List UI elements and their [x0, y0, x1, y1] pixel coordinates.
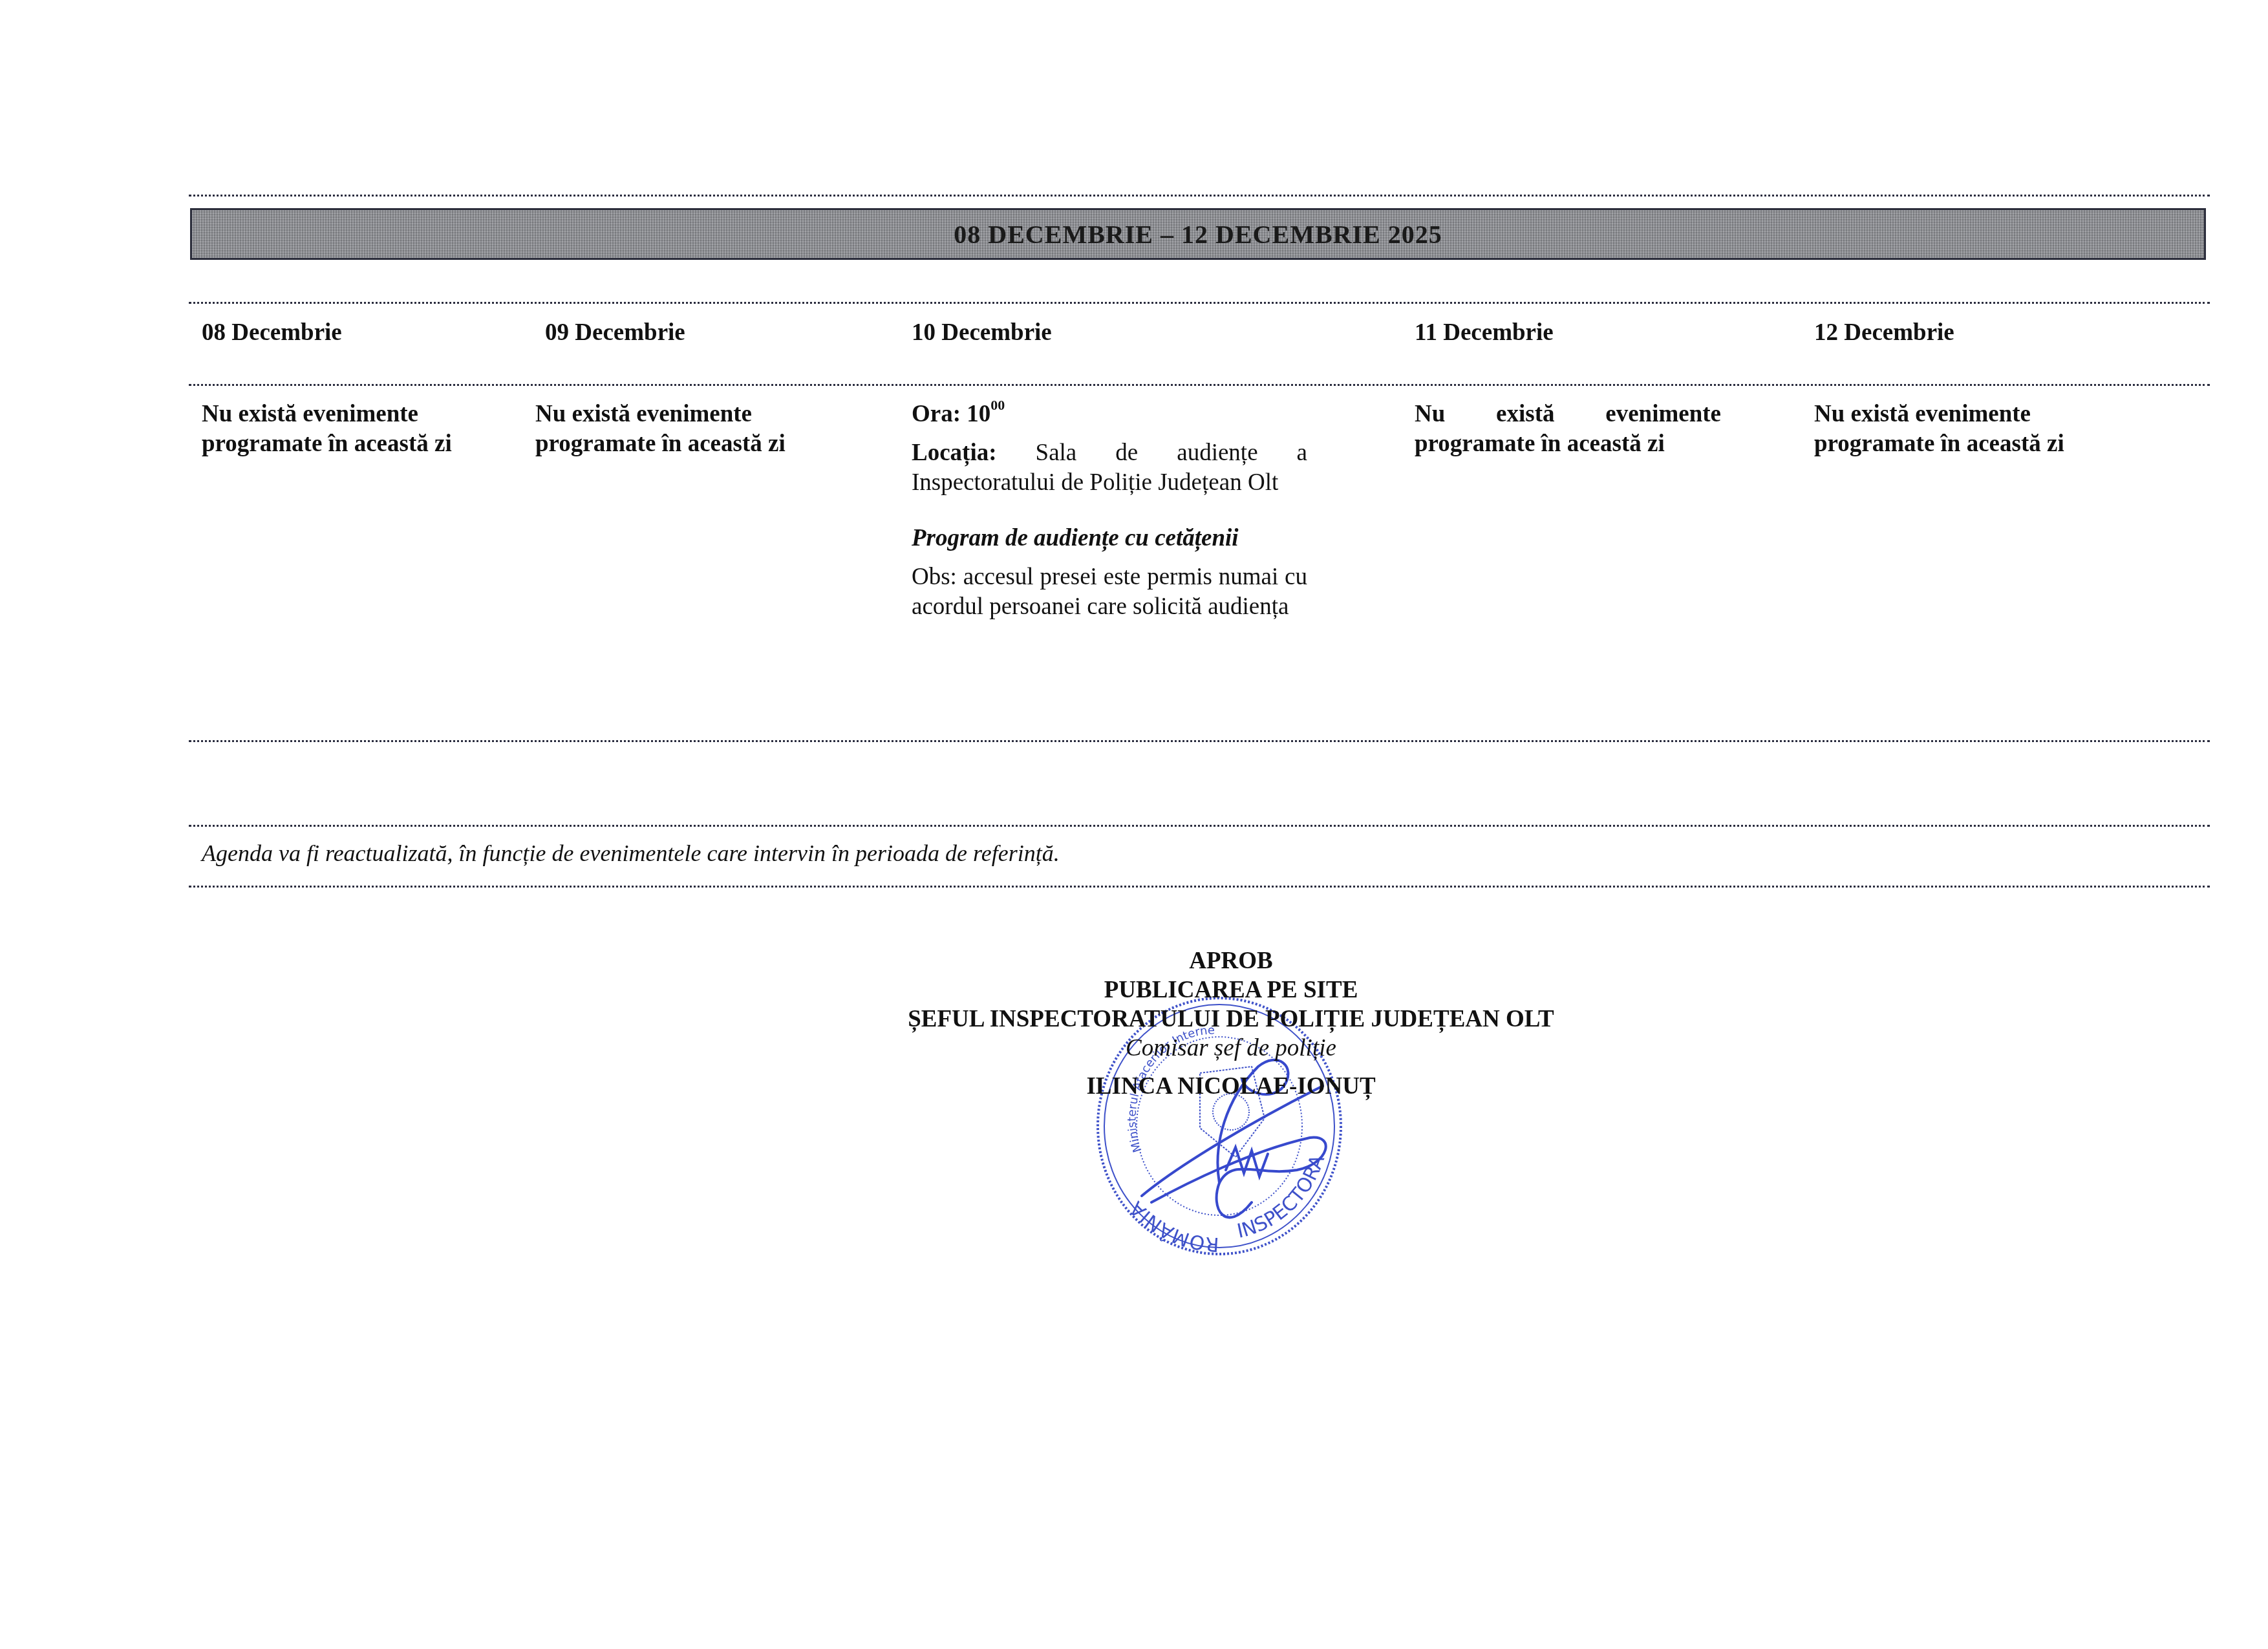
event-location: Locația: Sala de audiențe a Inspectoratu…: [912, 438, 1307, 498]
day-header-08: 08 Decembrie: [202, 318, 342, 348]
day-header-11: 11 Decembrie: [1415, 318, 1554, 348]
event-observation: Obs: accesul presei este permis numai cu…: [912, 562, 1307, 622]
table-bottom-rule: [189, 740, 2210, 742]
note-bottom-rule: [189, 886, 2210, 888]
approver-rank: Comisar șef de poliție: [811, 1034, 1651, 1063]
week-header-bar: 08 DECEMBRIE – 12 DECEMBRIE 2025: [190, 208, 2206, 260]
seal-text-left: ROMÂNIA: [1126, 1197, 1220, 1255]
agenda-update-note: Agenda va fi reactualizată, în funcție d…: [202, 839, 1060, 867]
event-location-label: Locația:: [912, 440, 997, 466]
approver-name: ILINCA NICOLAE-IONUȚ: [811, 1072, 1651, 1101]
no-events-text: Nu există evenimente programate în aceas…: [1415, 401, 1721, 457]
day-cell-10: Ora: 1000 Locația: Sala de audiențe a In…: [912, 399, 1307, 622]
day-header-12: 12 Decembrie: [1814, 318, 1954, 348]
note-top-rule: [189, 825, 2210, 827]
approval-subject: PUBLICAREA PE SITE: [811, 975, 1651, 1005]
day-cell-12: Nu există evenimente programate în aceas…: [1814, 399, 2099, 459]
approval-block: APROB PUBLICAREA PE SITE ȘEFUL INSPECTOR…: [811, 946, 1651, 1101]
no-events-text: Nu există evenimente programate în aceas…: [202, 401, 452, 457]
date-row-bottom-rule: [189, 384, 2210, 386]
day-header-10: 10 Decembrie: [912, 318, 1052, 348]
week-title: 08 DECEMBRIE – 12 DECEMBRIE 2025: [954, 219, 1442, 250]
no-events-text: Nu există evenimente programate în aceas…: [1814, 401, 2064, 457]
approval-heading: APROB: [811, 946, 1651, 975]
date-row-top-rule: [189, 302, 2210, 304]
no-events-text: Nu există evenimente programate în aceas…: [535, 401, 786, 457]
seal-text-right: INSPECTORA: [1235, 1152, 1329, 1243]
day-cell-08: Nu există evenimente programate în aceas…: [202, 399, 486, 459]
event-time-minutes: 00: [990, 397, 1005, 413]
top-rule: [189, 195, 2210, 197]
event-title: Program de audiențe cu cetățenii: [912, 524, 1307, 553]
day-cell-11: Nu există evenimente programate în aceas…: [1415, 399, 1721, 459]
day-cell-09: Nu există evenimente programate în aceas…: [535, 399, 820, 459]
event-time: Ora: 1000: [912, 399, 1307, 429]
approver-title: ȘEFUL INSPECTORATULUI DE POLIȚIE JUDEȚEA…: [811, 1005, 1651, 1034]
day-header-09: 09 Decembrie: [545, 318, 685, 348]
